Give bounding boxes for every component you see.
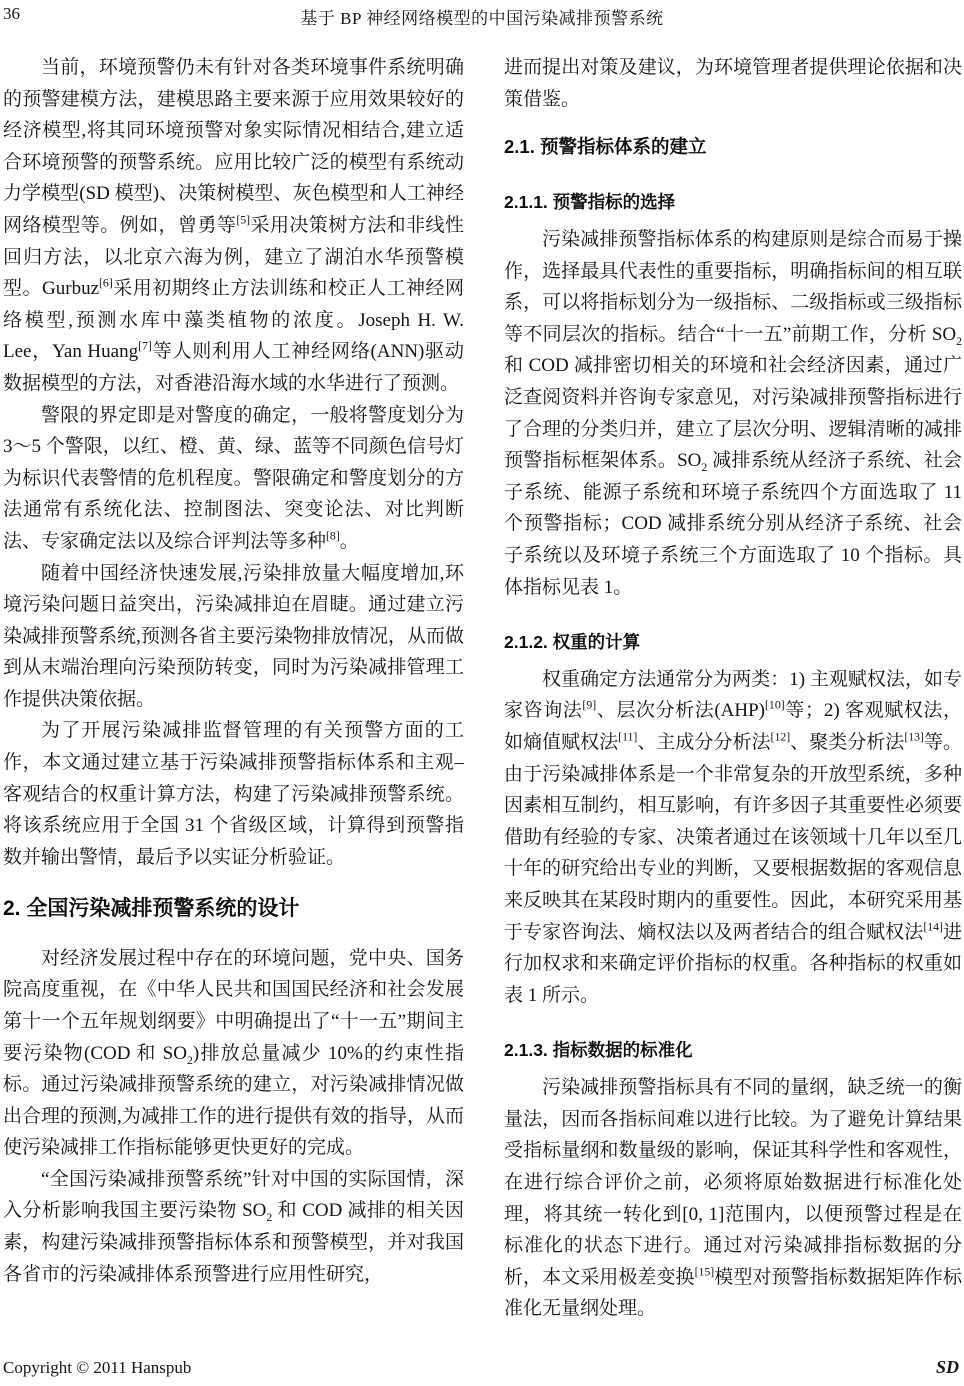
paragraph-warning-limits: 警限的界定即是对警度的确定，一般将警度划分为 3～5 个警限，以红、橙、黄、绿、…	[3, 400, 464, 558]
paragraph-indicator-selection: 污染减排预警指标体系的构建原则是综合而易于操作，选择最具代表性的重要指标，明确指…	[504, 224, 962, 603]
right-column: 进而提出对策及建议，为环境管理者提供理论依据和决策借鉴。2.1. 预警指标体系的…	[504, 52, 962, 1325]
copyright-text: Copyright © 2011 Hanspub	[3, 1358, 191, 1378]
paper-page: 36 基于 BP 神经网络模型的中国污染减排预警系统 当前，环境预警仍未有针对各…	[0, 0, 964, 1386]
paragraph-weight-calculation: 权重确定方法通常分为两类：1) 主观赋权法，如专家咨询法[9]、层次分析法(AH…	[504, 664, 962, 1012]
paragraph-national-system: “全国污染减排预警系统”针对中国的实际国情，深入分析影响我国主要污染物 SO2 …	[3, 1164, 464, 1290]
subsection-heading-2-1: 2.1. 预警指标体系的建立	[504, 135, 962, 159]
page-footer: Copyright © 2011 Hanspub SD	[3, 1357, 959, 1378]
paragraph-intro-models: 当前，环境预警仍未有针对各类环境事件系统明确的预警建模方法，建模思路主要来源于应…	[3, 52, 464, 400]
paragraph-11th-five-year-plan: 对经济发展过程中存在的环境问题，党中央、国务院高度重视，在《中华人民共和国国民经…	[3, 943, 464, 1164]
section-heading-2: 2. 全国污染减排预警系统的设计	[3, 895, 464, 922]
paragraph-standardization: 污染减排预警指标具有不同的量纲，缺乏统一的衡量法，因而各指标间难以进行比较。为了…	[504, 1072, 962, 1325]
paragraph-china-economy: 随着中国经济快速发展,污染排放量大幅度增加,环境污染问题日益突出，污染减排迫在眉…	[3, 558, 464, 716]
left-column: 当前，环境预警仍未有针对各类环境事件系统明确的预警建模方法，建模思路主要来源于应…	[3, 52, 464, 1290]
page-number: 36	[3, 4, 73, 24]
subsubsection-heading-2-1-3: 2.1.3. 指标数据的标准化	[504, 1039, 962, 1062]
paragraph-continuation: 进而提出对策及建议，为环境管理者提供理论依据和决策借鉴。	[504, 52, 962, 115]
paragraph-work-purpose: 为了开展污染减排监督管理的有关预警方面的工作，本文通过建立基于污染减排预警指标体…	[3, 715, 464, 873]
journal-mark: SD	[936, 1357, 959, 1378]
running-title: 基于 BP 神经网络模型的中国污染减排预警系统	[73, 4, 891, 29]
subsubsection-heading-2-1-1: 2.1.1. 预警指标的选择	[504, 191, 962, 214]
subsubsection-heading-2-1-2: 2.1.2. 权重的计算	[504, 631, 962, 654]
page-header: 36 基于 BP 神经网络模型的中国污染减排预警系统	[3, 4, 961, 29]
